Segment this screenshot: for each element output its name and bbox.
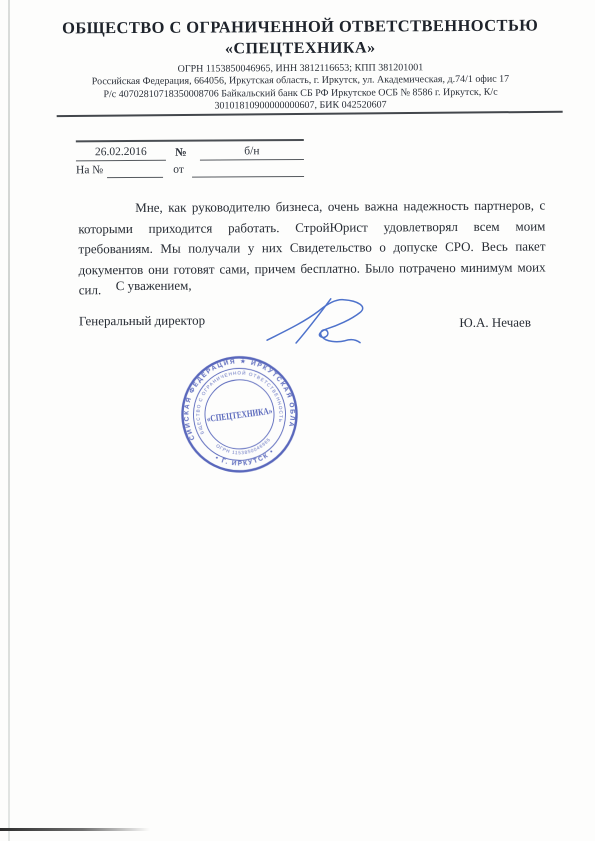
letterhead: ОБЩЕСТВО С ОГРАНИЧЕННОЙ ОТВЕТСТВЕННОСТЬЮ… [54,14,547,114]
closing-line: С уважением, [116,278,192,294]
letter-content: ОБЩЕСТВО С ОГРАНИЧЕННОЙ ОТВЕТСТВЕННОСТЬЮ… [0,0,595,841]
reference-top-rule [76,139,304,142]
reply-number-blank-field [107,164,163,178]
org-name-line: «СПЕЦТЕХНИКА» [54,37,546,60]
letter-number-field: б/н [200,145,304,161]
from-date-blank-field [192,163,304,178]
signatory-name: Ю.А. Нечаев [459,315,531,331]
from-date-label: от [173,164,184,178]
signatory-position-title: Генеральный директор [79,313,205,334]
org-type-line: ОБЩЕСТВО С ОГРАНИЧЕННОЙ ОТВЕТСТВЕННОСТЬЮ [54,14,546,38]
scanned-letter-page: ОБЩЕСТВО С ОГРАНИЧЕННОЙ ОТВЕТСТВЕННОСТЬЮ… [0,0,595,841]
reference-block: 26.02.2016 № б/н На № от [76,139,304,178]
letter-date-field: 26.02.2016 [76,146,166,162]
reply-to-label: На № [76,164,103,178]
company-stamp: РОССИЙСКАЯ ФЕДЕРАЦИЯ ★ ИРКУТСКАЯ ОБЛАСТЬ… [169,344,310,485]
stamp-center-text: «СПЕЦТЕХНИКА» [206,407,273,425]
number-label: № [170,147,192,161]
